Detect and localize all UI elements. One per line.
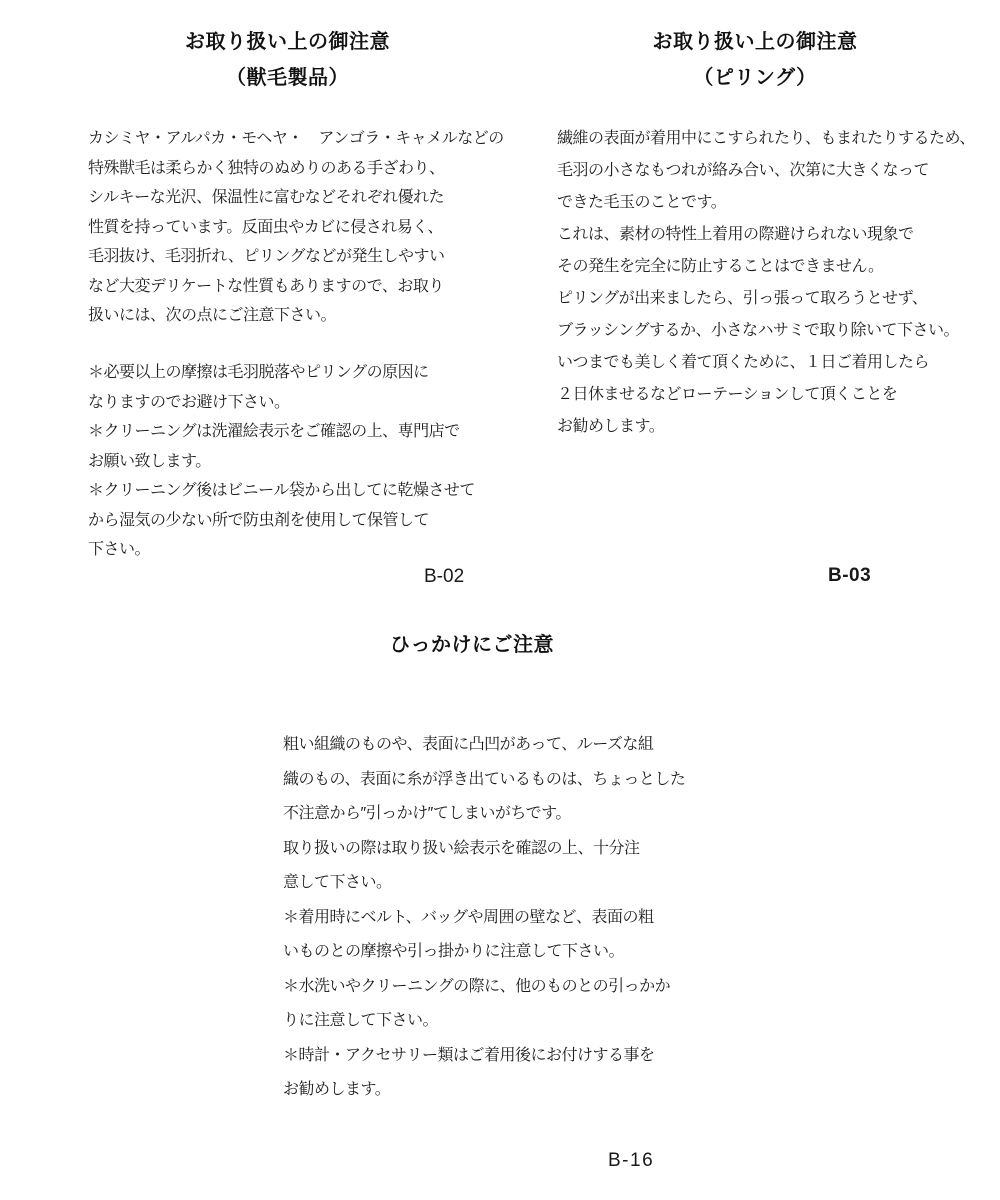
care-instructions-document: お取り扱い上の御注意 （獣毛製品） カシミヤ・アルパカ・モヘヤ・ アンゴラ・キャ… — [0, 0, 1000, 1200]
right-card-title: お取り扱い上の御注意 （ピリング） — [545, 24, 965, 96]
bottom-card-paragraph: 粗い組織のものや、表面に凸凹があって、ルーズな組 織のもの、表面に糸が浮き出てい… — [283, 728, 703, 1108]
bottom-card-page-code: B-16 — [608, 1150, 654, 1172]
right-card-page-code: B-03 — [828, 565, 871, 587]
right-card-paragraph: 繊維の表面が着用中にこすられたり、もまれたりするため、 毛羽の小さなもつれが絡み… — [557, 123, 992, 443]
left-card-paragraph-notes: ＊必要以上の摩擦は毛羽脱落やピリングの原因に なりますのでお避け下さい。 ＊クリ… — [88, 358, 528, 565]
left-card-paragraph-intro: カシミヤ・アルパカ・モヘヤ・ アンゴラ・キャメルなどの 特殊獣毛は柔らかく独特の… — [88, 124, 518, 331]
bottom-card-title: ひっかけにご注意 — [272, 630, 672, 660]
left-card-page-code: B-02 — [424, 566, 464, 588]
left-card-title: お取り扱い上の御注意 （獣毛製品） — [60, 24, 515, 96]
